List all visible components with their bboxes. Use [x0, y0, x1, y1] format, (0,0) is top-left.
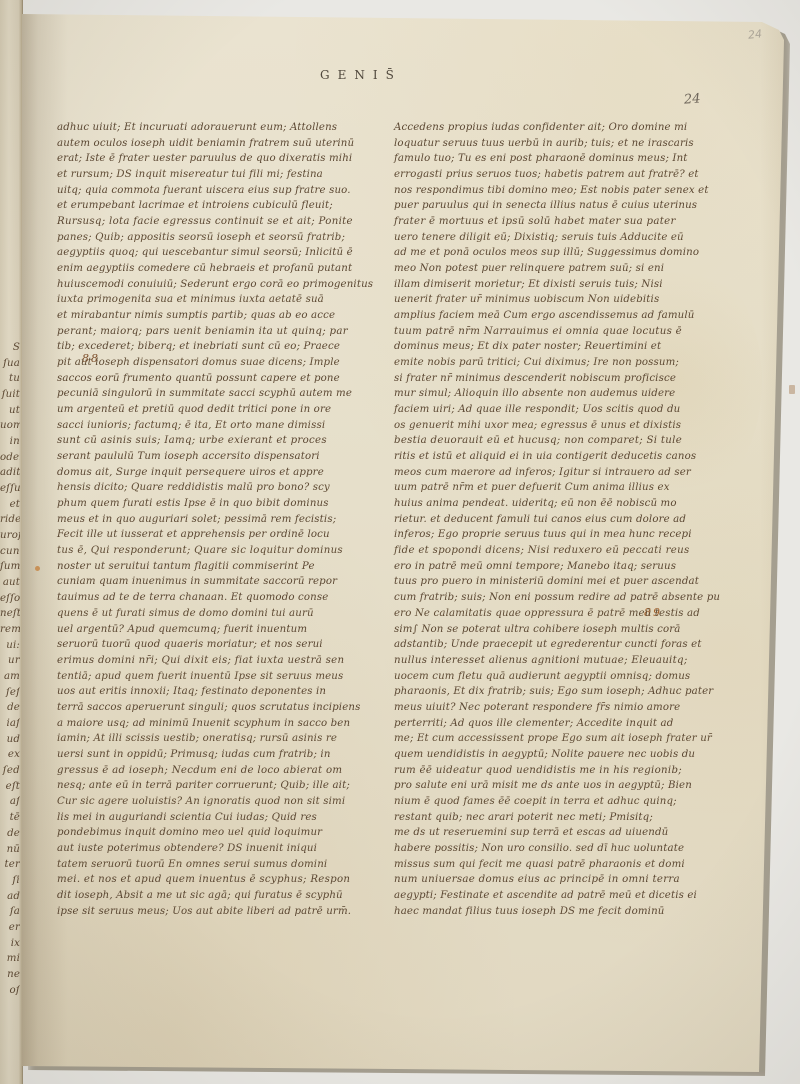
- manuscript-text-line: et rursum; DS inquit misereatur tui fili…: [57, 167, 385, 183]
- edge-text-fragment: eſſo: [0, 591, 20, 607]
- manuscript-text-line: tauimus ad te de terra chanaan. Et quomo…: [57, 590, 385, 606]
- edge-text-fragment: ſi: [0, 873, 20, 889]
- manuscript-text-line: noster ut seruitui tantum flagitii commi…: [57, 559, 385, 575]
- manuscript-text-line: enim aegyptiis comedere cū hebraeis et …: [57, 261, 385, 277]
- manuscript-text-line: aut iuste poterimus obtendere? DS inueni…: [57, 841, 385, 857]
- manuscript-text-line: tatem seruorū tuorū En omnes serui sum…: [57, 857, 385, 873]
- manuscript-text-line: frater ē mortuus et ipsū solū habet m…: [394, 214, 722, 230]
- edge-text-fragment: er: [0, 920, 20, 936]
- manuscript-text-line: habere possitis; Non uro consilio. sed d…: [394, 841, 722, 857]
- manuscript-text-line: amplius faciem meā Cum ergo ascendissem…: [394, 308, 722, 324]
- manuscript-text-line: lis mei in auguriandi scientia Cui iudas…: [57, 810, 385, 826]
- edge-text-fragment: tu: [0, 371, 20, 387]
- manuscript-text-line: a maiore usq; ad minimū Inuenit scyphum…: [57, 716, 385, 732]
- edge-text-fragment: remy: [0, 622, 20, 638]
- facing-page-edge: Sſuatuſuitutuominoderqaditeſſuſetrideuro…: [0, 0, 23, 1084]
- manuscript-text-line: rietur. et deducent famuli tui canos eiu…: [394, 512, 722, 528]
- running-title: GENIS̄: [320, 68, 402, 82]
- manuscript-text-line: bestia deuorauit eū et hucusq; non comp…: [394, 433, 722, 449]
- manuscript-text-line: Fecit ille ut iusserat et apprehensis pe…: [57, 527, 385, 543]
- manuscript-text-line: errogasti prius seruos tuos; habetis pat…: [394, 167, 722, 183]
- manuscript-text-line: pondebimus inquit domino meo uel quid lo…: [57, 825, 385, 841]
- manuscript-text-line: me; Et cum accessissent prope Ego sum ai…: [394, 731, 722, 747]
- edge-text-fragment: tē: [0, 810, 20, 826]
- text-column-left: adhuc uiuit; Et incuruati adorauerunt eu…: [57, 120, 385, 919]
- manuscript-text-line: restant quib; nec arari poterit nec meti…: [394, 810, 722, 826]
- manuscript-text-line: et mirabantur nimis sumptis partib; quas…: [57, 308, 385, 324]
- chapter-mark-left: 88: [82, 352, 100, 365]
- manuscript-text-line: faciem uiri; Ad quae ille respondit; Uos…: [394, 402, 722, 418]
- manuscript-text-line: tus ē, Qui responderunt; Quare sic loqu…: [57, 543, 385, 559]
- edge-text-fragment: nū: [0, 842, 20, 858]
- manuscript-text-line: autem oculos ioseph uidit beniamin fratr…: [57, 136, 385, 152]
- edge-text-fragment: ſeſ: [0, 685, 20, 701]
- manuscript-text-line: ero in patrē meū omni tempore; Manebo …: [394, 559, 722, 575]
- manuscript-text-line: ritis et istū et aliquid ei in uia cont…: [394, 449, 722, 465]
- manuscript-text-line: seruorū tuorū quod quaeris moriatur; e…: [57, 637, 385, 653]
- manuscript-text-line: loquatur seruus tuus uerbū in aurib; tu…: [394, 136, 722, 152]
- manuscript-text-line: uitq; quia commota fuerant uiscera eius …: [57, 183, 385, 199]
- edge-text-fragment: adit: [0, 465, 20, 481]
- edge-text-fragment: aut: [0, 575, 20, 591]
- edge-text-fragment: eſſuſ: [0, 481, 20, 497]
- edge-text-fragment: iaſ: [0, 716, 20, 732]
- manuscript-text-line: saccos eorū frumento quantū possunt ca…: [57, 371, 385, 387]
- edge-text-fragment: ride: [0, 512, 20, 528]
- chapter-mark-right: 89: [644, 606, 662, 619]
- edge-text-fragment: ix: [0, 936, 20, 952]
- manuscript-text-line: pecuniā singulorū in summitate sacci s…: [57, 386, 385, 402]
- manuscript-text-line: missus sum qui fecit me quasi patrē pha…: [394, 857, 722, 873]
- manuscript-text-line: uel argentū? Apud quemcumq; fuerit inue…: [57, 622, 385, 638]
- manuscript-text-line: si frater nr̄ minimus descenderit nobisc…: [394, 371, 722, 387]
- manuscript-text-line: aegypti; Festinate et ascendite ad patre…: [394, 888, 722, 904]
- edge-text-fragment: ut: [0, 403, 20, 419]
- manuscript-text-line: meus et in quo auguriari solet; pessimā…: [57, 512, 385, 528]
- edge-text-fragment: in: [0, 434, 20, 450]
- manuscript-text-line: dominus meus; Et dix pater noster; Reuer…: [394, 339, 722, 355]
- edge-text-fragment: ui:: [0, 638, 20, 654]
- manuscript-text-line: tuus pro puero in ministeriū domini mei…: [394, 574, 722, 590]
- manuscript-text-line: mur simul; Alioquin illo absente non aud…: [394, 386, 722, 402]
- manuscript-text-line: adstantib; Unde praecepit ut egrederentu…: [394, 637, 722, 653]
- manuscript-text-line: hensis dicito; Quare reddidistis malū p…: [57, 480, 385, 496]
- manuscript-text-line: tentiā; apud quem fuerit inuentū Ipse …: [57, 669, 385, 685]
- manuscript-text-line: gressus ē ad ioseph; Necdum eni de loco…: [57, 763, 385, 779]
- edge-text-fragment: ſuit: [0, 387, 20, 403]
- page-edge-mark: [789, 385, 795, 394]
- edge-text-fragment: de: [0, 700, 20, 716]
- manuscript-text-line: erat; Iste ē frater uester paruulus de …: [57, 151, 385, 167]
- manuscript-text-line: famulo tuo; Tu es eni post pharaonē dom…: [394, 151, 722, 167]
- edge-text-fragment: ſua: [0, 356, 20, 372]
- text-column-right: Accedens propius iudas confidenter ait; …: [394, 120, 722, 919]
- edge-text-fragment: ad: [0, 889, 20, 905]
- manuscript-text-line: me ds ut reseruemini sup terrā et escas…: [394, 825, 722, 841]
- manuscript-text-line: meos cum maerore ad inferos; Igitur si i…: [394, 465, 722, 481]
- manuscript-text-line: nullus interesset alienus agnitioni mutu…: [394, 653, 722, 669]
- manuscript-text-line: fide et spopondi dicens; Nisi reduxero e…: [394, 543, 722, 559]
- manuscript-text-line: Accedens propius iudas confidenter ait; …: [394, 120, 722, 136]
- folio-number-pencil: 24: [747, 27, 762, 41]
- manuscript-text-line: et erumpebant lacrimae et introiens cubi…: [57, 198, 385, 214]
- edge-text-fragment: neſto: [0, 606, 20, 622]
- edge-text-fragment: ſed: [0, 763, 20, 779]
- manuscript-text-line: tuum patrē nr̄m Narrauimus ei omnia qua…: [394, 324, 722, 340]
- manuscript-text-line: rum ēē uideatur quod uendidistis me in…: [394, 763, 722, 779]
- manuscript-text-line: pro salute eni urā misit me ds ante uos…: [394, 778, 722, 794]
- edge-text-fragment: cuna: [0, 544, 20, 560]
- folio-number-ink: 24: [683, 91, 701, 107]
- parchment-spot: [35, 566, 40, 571]
- edge-text-fragment: uroſ: [0, 528, 20, 544]
- manuscript-text-line: pit aut ioseph dispensatori domus suae d…: [57, 355, 385, 371]
- edge-text-fragment: ud: [0, 732, 20, 748]
- manuscript-text-line: uum patrē nr̄m et puer defuerit Cum ani…: [394, 480, 722, 496]
- manuscript-text-line: nium ē quod fames ēē coepit in terra …: [394, 794, 722, 810]
- manuscript-photo: Sſuatuſuitutuominoderqaditeſſuſetrideuro…: [0, 0, 800, 1084]
- manuscript-text-line: ad me et ponā oculos meos sup illū; Su…: [394, 245, 722, 261]
- manuscript-text-line: inferos; Ego proprie seruus tuus qui in …: [394, 527, 722, 543]
- manuscript-text-line: ipse sit seruus meus; Uos aut abite libe…: [57, 904, 385, 920]
- manuscript-text-line: huiuscemodi conuiuiū; Sederunt ergo cor…: [57, 277, 385, 293]
- edge-text-fragment: ter: [0, 857, 20, 873]
- edge-text-fragment: S: [0, 340, 20, 356]
- manuscript-text-line: emite nobis parū tritici; Cui diximus; …: [394, 355, 722, 371]
- manuscript-text-line: perant; maiorq; pars uenit beniamin ita …: [57, 324, 385, 340]
- edge-text-fragment: ex: [0, 747, 20, 763]
- parchment-stain: [582, 250, 762, 510]
- manuscript-text-line: dit ioseph, Absit a me ut sic agā; qui …: [57, 888, 385, 904]
- manuscript-text-line: quem uendidistis in aegyptū; Nolite pau…: [394, 747, 722, 763]
- edge-text-fragment: ra: [0, 998, 20, 1000]
- manuscript-text-line: illam dimiserit morietur; Et dixisti ser…: [394, 277, 722, 293]
- manuscript-text-line: Cur sic agere uoluistis? An ignoratis qu…: [57, 794, 385, 810]
- manuscript-text-line: quens ē ut furati simus de domo domini …: [57, 606, 385, 622]
- edge-text-fragment: ſum: [0, 559, 20, 575]
- manuscript-text-line: phum quem furati estis Ipse ē in quo bi…: [57, 496, 385, 512]
- manuscript-text-line: adhuc uiuit; Et incuruati adorauerunt eu…: [57, 120, 385, 136]
- manuscript-text-line: nesq; ante eū in terrā pariter corruer…: [57, 778, 385, 794]
- edge-text-fragment: am: [0, 669, 20, 685]
- manuscript-text-line: uersi sunt in oppidū; Primusq; iudas cu…: [57, 747, 385, 763]
- manuscript-text-line: huius anima pendeat. uideritq; eū non e…: [394, 496, 722, 512]
- manuscript-text-line: Rursusq; lota facie egressus continuit s…: [57, 214, 385, 230]
- manuscript-text-line: domus ait, Surge inquit persequere uiros…: [57, 465, 385, 481]
- manuscript-text-line: uocem cum fletu quā audierunt aegyptii …: [394, 669, 722, 685]
- facing-page-text-fragments: Sſuatuſuitutuominoderqaditeſſuſetrideuro…: [0, 340, 20, 1000]
- manuscript-text-line: os genuerit mihi uxor mea; egressus ē u…: [394, 418, 722, 434]
- manuscript-text-line: uero tenere diligit eū; Dixistiq; serui…: [394, 230, 722, 246]
- manuscript-text-line: num uniuersae domus eius ac principē in…: [394, 872, 722, 888]
- edge-text-fragment: ne: [0, 967, 20, 983]
- edge-text-fragment: eſt: [0, 779, 20, 795]
- edge-text-fragment: et: [0, 497, 20, 513]
- manuscript-text-line: serant paululū Tum ioseph accersito dis…: [57, 449, 385, 465]
- manuscript-text-line: ero Ne calamitatis quae oppressura ē pa…: [394, 606, 722, 622]
- edge-text-fragment: oderq: [0, 450, 20, 466]
- manuscript-text-line: cuniam quam inuenimus in summitate sacco…: [57, 574, 385, 590]
- manuscript-text-line: uos aut eritis innoxii; Itaq; festinato …: [57, 684, 385, 700]
- manuscript-text-line: pharaonis, Et dix fratrib; suis; Ego sum…: [394, 684, 722, 700]
- edge-text-fragment: uom: [0, 418, 20, 434]
- edge-text-fragment: mi: [0, 951, 20, 967]
- manuscript-text-line: sacci iunioris; factumq; ē ita, Et orto…: [57, 418, 385, 434]
- edge-text-fragment: oſ: [0, 983, 20, 999]
- manuscript-page: GENIS̄ 24 24 88 89 adhuc uiuit; Et incur…: [22, 10, 786, 1076]
- manuscript-text-line: puer paruulus qui in senecta illius natu…: [394, 198, 722, 214]
- manuscript-text-line: haec mandat filius tuus ioseph DS me fec…: [394, 904, 722, 920]
- manuscript-text-line: um argenteū et pretiū quod dedit triti…: [57, 402, 385, 418]
- manuscript-text-line: sunt cū asinis suis; Iamq; urbe exieran…: [57, 433, 385, 449]
- edge-text-fragment: ur: [0, 653, 20, 669]
- manuscript-text-line: erimus domini nr̄i; Qui dixit eis; fiat …: [57, 653, 385, 669]
- manuscript-text-line: panes; Quib; appositis seorsū ioseph et…: [57, 230, 385, 246]
- manuscript-text-line: perterriti; Ad quos ille clementer; Acce…: [394, 716, 722, 732]
- manuscript-text-line: uenerit frater ur̄ minimus uobiscum Non …: [394, 292, 722, 308]
- manuscript-text-line: mei. et nos et apud quem inuentus ē scy…: [57, 872, 385, 888]
- manuscript-text-line: iamin; At illi scissis uestib; oneratisq…: [57, 731, 385, 747]
- manuscript-text-line: tib; excederet; biberq; et inebriati sun…: [57, 339, 385, 355]
- edge-text-fragment: de: [0, 826, 20, 842]
- edge-text-fragment: ſa: [0, 904, 20, 920]
- manuscript-text-line: cum fratrib; suis; Non eni possum redire…: [394, 590, 722, 606]
- manuscript-text-line: meus uiuit? Nec poterant respondere fr̄s…: [394, 700, 722, 716]
- manuscript-text-line: meo Non potest puer relinquere patrem su…: [394, 261, 722, 277]
- manuscript-text-line: terrā saccos aperuerunt singuli; quos s…: [57, 700, 385, 716]
- manuscript-text-line: sim∫ Non se poterat ultra cohibere iosep…: [394, 622, 722, 638]
- manuscript-text-line: aegyptiis quoq; qui uescebantur simul se…: [57, 245, 385, 261]
- edge-text-fragment: aſ: [0, 794, 20, 810]
- manuscript-text-line: iuxta primogenita sua et minimus iuxta a…: [57, 292, 385, 308]
- manuscript-text-line: nos respondimus tibi domino meo; Est nob…: [394, 183, 722, 199]
